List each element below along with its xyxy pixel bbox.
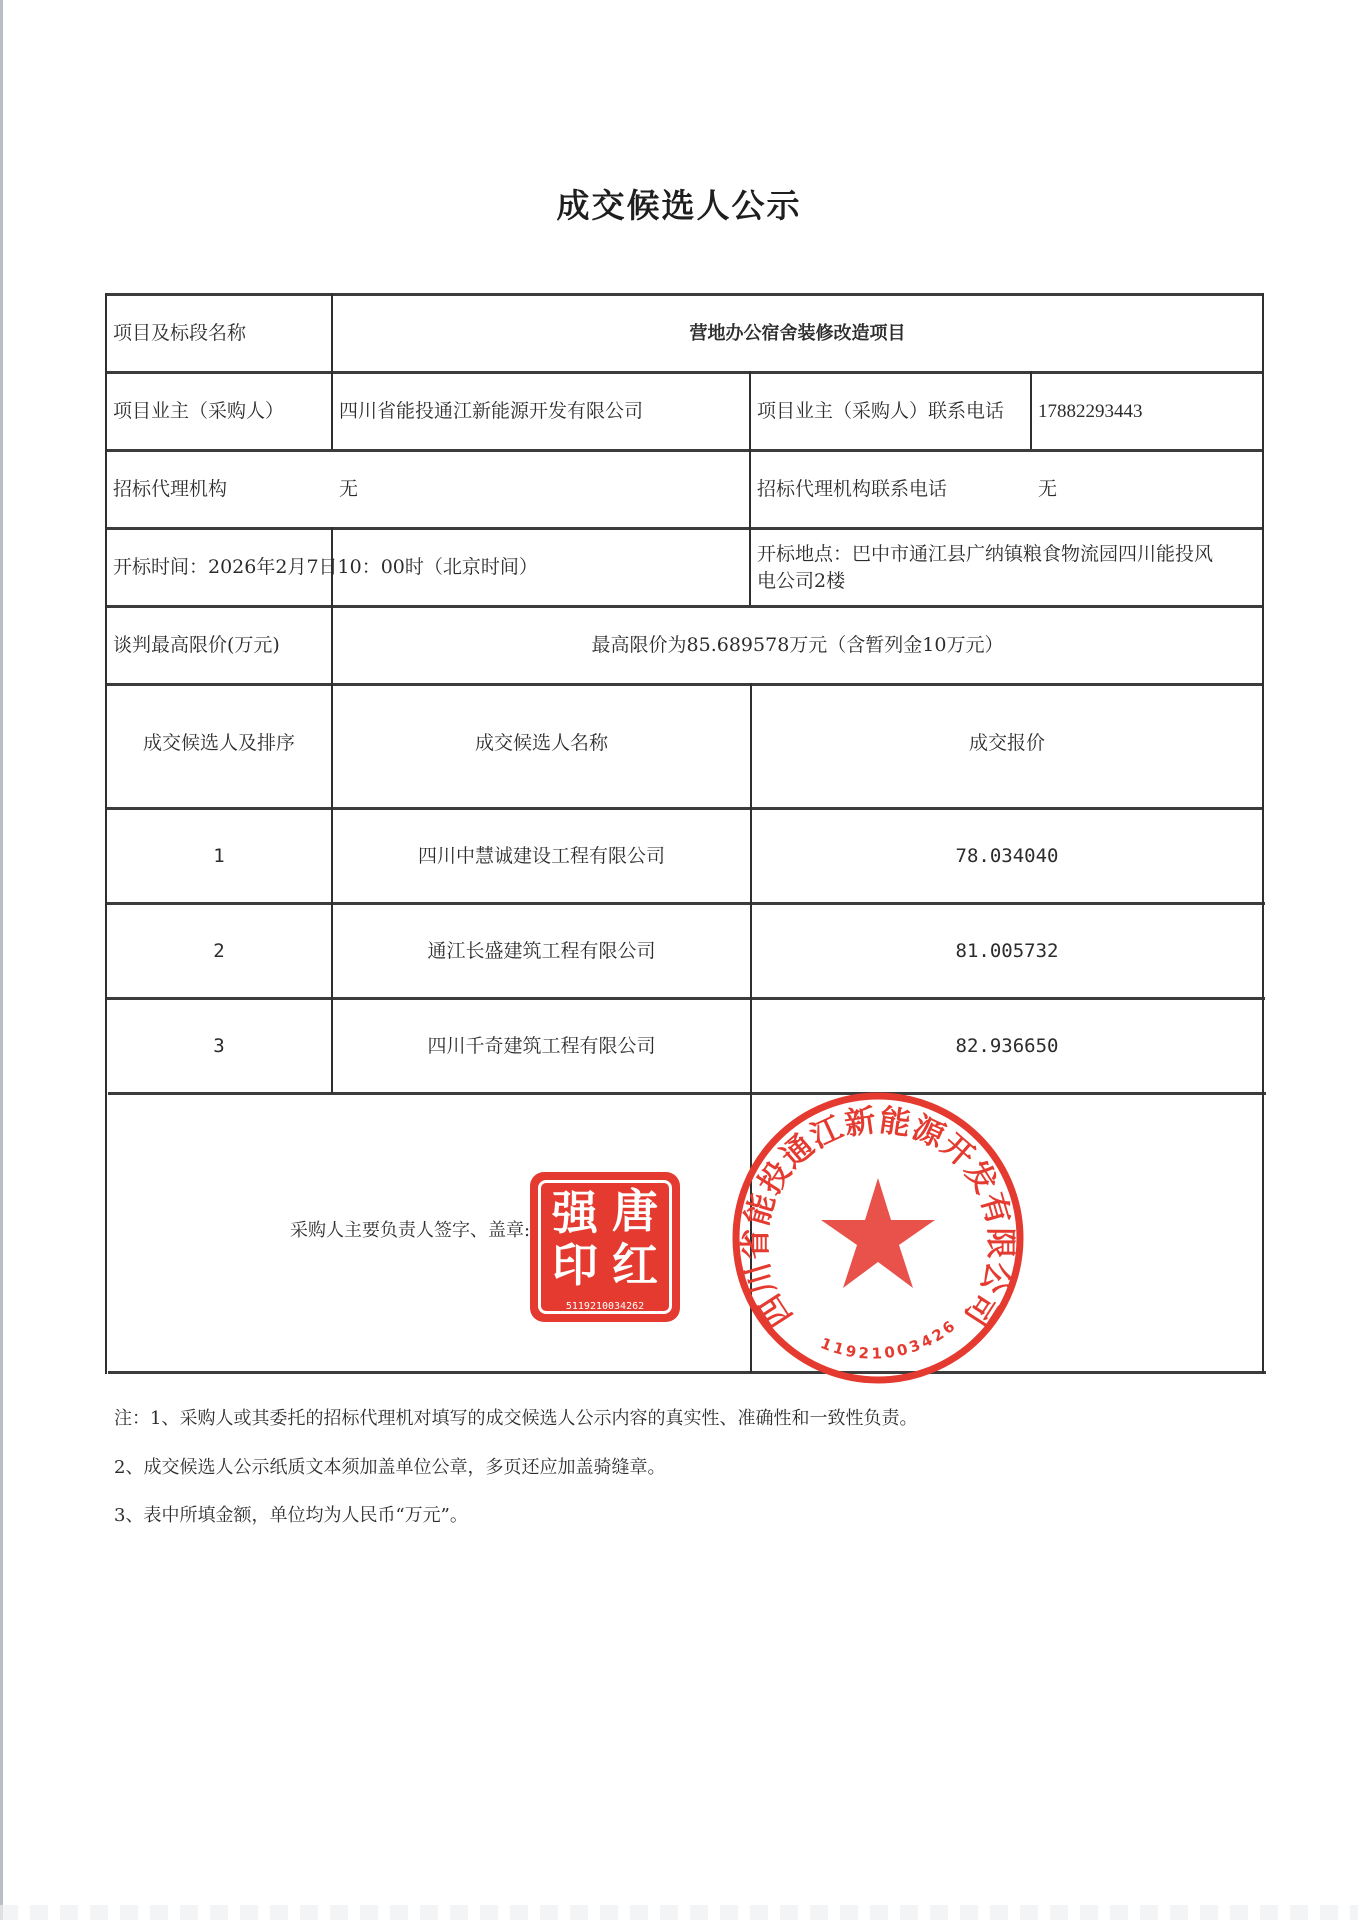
open-time: 开标时间：2026年2月7日10：00时（北京时间） bbox=[107, 530, 749, 605]
seal-code: 5119210034262 bbox=[540, 1301, 670, 1312]
candidate-rank: 3 bbox=[107, 1000, 331, 1092]
project-name-label: 项目及标段名称 bbox=[107, 296, 331, 371]
scan-edge bbox=[0, 0, 3, 1920]
owner-label: 项目业主（采购人） bbox=[107, 374, 331, 449]
header-rank: 成交候选人及排序 bbox=[107, 686, 331, 807]
agency-phone-value: 无 bbox=[1032, 452, 1262, 527]
seal-char: 唐 bbox=[612, 1188, 658, 1234]
header-name: 成交候选人名称 bbox=[333, 686, 750, 807]
candidate-name: 四川千奇建筑工程有限公司 bbox=[333, 1000, 750, 1092]
candidate-price: 82.936650 bbox=[752, 1000, 1262, 1092]
agency-phone-label: 招标代理机构联系电话 bbox=[751, 452, 1030, 527]
candidate-name: 通江长盛建筑工程有限公司 bbox=[333, 905, 750, 997]
max-price-label: 谈判最高限价(万元) bbox=[107, 608, 331, 683]
row-divider bbox=[108, 1092, 1266, 1095]
star-icon bbox=[821, 1178, 935, 1288]
candidate-name: 四川中慧诚建设工程有限公司 bbox=[333, 810, 750, 902]
open-place-line2: 电公司2楼 bbox=[757, 568, 845, 595]
candidate-price: 81.005732 bbox=[752, 905, 1262, 997]
owner-value: 四川省能投通江新能源开发有限公司 bbox=[333, 374, 749, 449]
note-1: 注：1、采购人或其委托的招标代理机对填写的成交候选人公示内容的真实性、准确性和一… bbox=[114, 1404, 917, 1430]
candidate-rank: 2 bbox=[107, 905, 331, 997]
personal-seal: 唐 强 印 红 5119210034262 bbox=[530, 1172, 680, 1322]
page-title: 成交候选人公示 bbox=[0, 180, 1358, 227]
seal-char: 红 bbox=[612, 1242, 658, 1288]
note-3: 3、表中所填金额，单位均为人民币“万元”。 bbox=[114, 1501, 468, 1527]
agency-label: 招标代理机构 bbox=[107, 452, 331, 527]
agency-value: 无 bbox=[333, 452, 749, 527]
open-place: 开标地点：巴中市通江县广纳镇粮食物流园四川能投风 电公司2楼 bbox=[751, 530, 1262, 605]
note-2: 2、成交候选人公示纸质文本须加盖单位公章，多页还应加盖骑缝章。 bbox=[114, 1453, 665, 1479]
table-border-right bbox=[1262, 293, 1264, 1374]
candidate-price: 78.034040 bbox=[752, 810, 1262, 902]
open-place-line1: 开标地点：巴中市通江县广纳镇粮食物流园四川能投风 bbox=[757, 541, 1213, 568]
project-name-value: 营地办公宿舍装修改造项目 bbox=[333, 296, 1262, 371]
seal-char: 印 bbox=[552, 1242, 598, 1288]
owner-phone-label: 项目业主（采购人）联系电话 bbox=[751, 374, 1030, 449]
table-border-bottom bbox=[108, 1371, 1266, 1374]
owner-phone-value: 17882293443 bbox=[1032, 374, 1262, 449]
header-price: 成交报价 bbox=[752, 686, 1262, 807]
max-price-value: 最高限价为85.689578万元（含暂列金10万元） bbox=[333, 608, 1262, 683]
company-seal: 四川省能投通江新能源开发有限公司 5119210034260 bbox=[730, 1090, 1026, 1386]
candidate-rank: 1 bbox=[107, 810, 331, 902]
scan-noise bbox=[0, 1905, 1358, 1920]
seal-char: 强 bbox=[552, 1190, 598, 1236]
